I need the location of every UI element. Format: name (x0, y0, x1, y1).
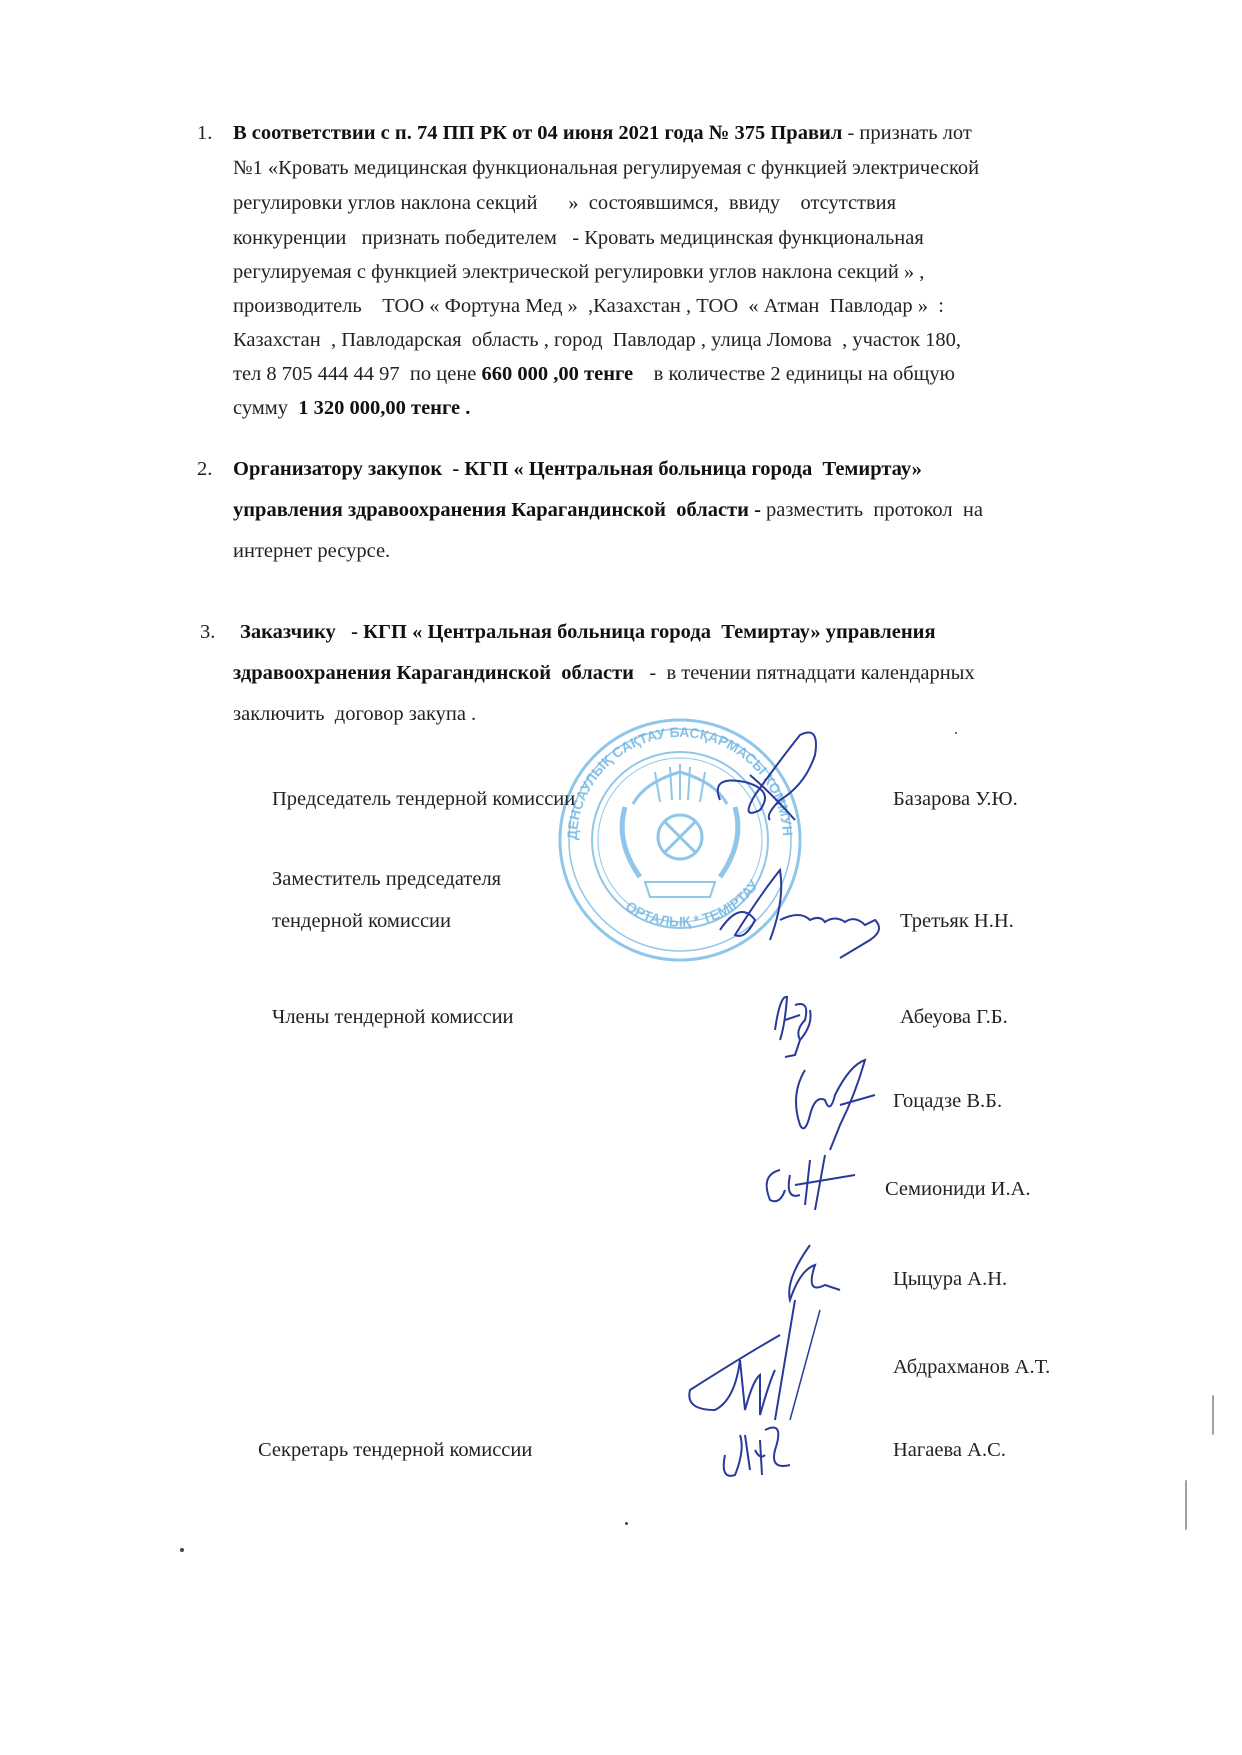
signature-secretary-icon (710, 1410, 800, 1490)
item-line: Казахстан , Павлодарская область , город… (233, 329, 961, 352)
scan-mark (1185, 1480, 1187, 1530)
scan-speck (180, 1548, 184, 1552)
item-line: конкуренции признать победителем - Крова… (233, 227, 924, 250)
signatory-name: Третьяк Н.Н. (900, 910, 1014, 933)
item-line: регулируемая с функцией электрической ре… (233, 261, 924, 284)
signature-member-3-icon (755, 1145, 865, 1215)
item-line: Организатору закупок - КГП « Центральная… (233, 458, 922, 481)
signatory-role: Секретарь тендерной комиссии (258, 1439, 532, 1462)
signature-chairman-icon (700, 720, 830, 830)
item-number: 3. (200, 621, 215, 644)
signatory-name: Абдрахманов А.Т. (893, 1356, 1050, 1379)
signature-member-1-icon (765, 985, 825, 1065)
signatory-name: Базарова У.Ю. (893, 788, 1018, 811)
item-line: здравоохранения Карагандинской области -… (233, 662, 975, 685)
item-number: 2. (197, 458, 212, 481)
scan-speck (955, 732, 957, 734)
signature-member-2-icon (785, 1055, 885, 1155)
item-line: регулировки углов наклона секций » состо… (233, 192, 896, 215)
item-line: тел 8 705 444 44 97 по цене 660 000 ,00 … (233, 363, 955, 386)
signatory-role: Председатель тендерной комиссии (272, 788, 575, 811)
item-line: №1 «Кровать медицинская функциональная р… (233, 157, 979, 180)
item-line: В соответствии с п. 74 ПП РК от 04 июня … (233, 122, 972, 145)
signature-deputy-icon (710, 860, 890, 960)
scan-speck (625, 1522, 628, 1525)
item-line: заключить договор закупа . (233, 703, 476, 726)
item-number: 1. (197, 122, 212, 145)
item-line: управления здравоохранения Карагандинско… (233, 499, 983, 522)
document-page: 1. В соответствии с п. 74 ПП РК от 04 ию… (0, 0, 1242, 1755)
scan-mark (1212, 1395, 1214, 1435)
signatory-name: Семиониди И.А. (885, 1178, 1031, 1201)
signatory-role: Члены тендерной комиссии (272, 1006, 514, 1029)
signatory-role: Заместитель председателя (272, 868, 501, 891)
signatory-name: Гоцадзе В.Б. (893, 1090, 1002, 1113)
signatory-name: Нагаева А.С. (893, 1439, 1006, 1462)
item-line: интернет ресурсе. (233, 540, 390, 563)
item-line: сумму 1 320 000,00 тенге . (233, 397, 470, 420)
item-line: Заказчику - КГП « Центральная больница г… (240, 621, 936, 644)
signatory-name: Цыцура А.Н. (893, 1268, 1007, 1291)
signatory-role: тендерной комиссии (272, 910, 451, 933)
signatory-name: Абеуова Г.Б. (900, 1006, 1008, 1029)
item-line: производитель ТОО « Фортуна Мед » ,Казах… (233, 295, 944, 318)
